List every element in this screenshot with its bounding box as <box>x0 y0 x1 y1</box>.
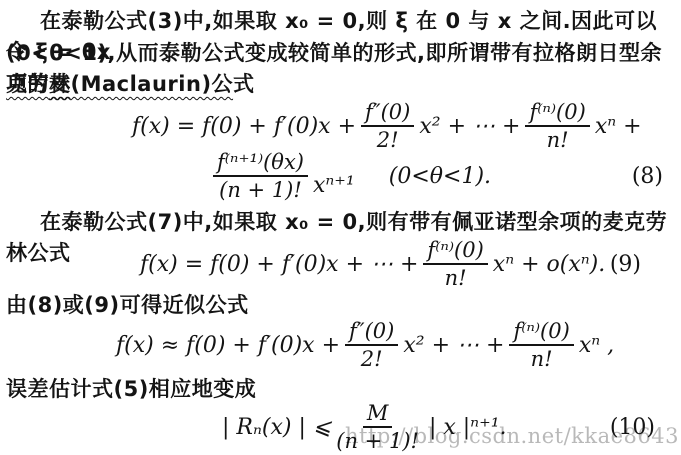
textbook-page: 在泰勒公式(3)中,如果取 x₀ = 0,则 ξ 在 0 与 x 之间.因此可以… <box>0 0 681 455</box>
fraction: f⁽ⁿ⁾(0) n! <box>509 319 573 371</box>
paragraph-1-line-3: 克劳林(Maclaurin)公式 <box>6 69 675 100</box>
fraction: f″(0) 2! <box>345 319 398 371</box>
formula-8-line-2: f⁽ⁿ⁺¹⁾(θx) (n + 1)! xⁿ⁺¹ (0<θ<1). (8) <box>0 150 681 202</box>
fraction: f″(0) 2! <box>361 100 414 152</box>
paragraph-1-line-3-text: 式 <box>233 72 255 96</box>
fraction-numerator: f″(0) <box>345 319 398 346</box>
formula-approx-term-right: xⁿ , <box>579 333 614 358</box>
formula-8-line-1: f(x) = f(0) + f′(0)x + f″(0) 2! x² + ⋯ +… <box>0 100 681 152</box>
formula-10: | Rₙ(x) | ⩽ M (n + 1)! | x |ⁿ⁺¹. (10) <box>0 401 681 453</box>
fraction-numerator: f⁽ⁿ⁾(0) <box>509 319 573 346</box>
formula-8-power-term: xⁿ⁺¹ <box>313 173 355 198</box>
fraction-denominator: n! <box>547 127 569 152</box>
formula-9-term-right: xⁿ + o(xⁿ). <box>493 252 605 277</box>
fraction-denominator: (n + 1)! <box>336 428 419 453</box>
formula-8-condition: (0<θ<1). <box>389 164 491 189</box>
formula-8-term-left: f(x) = f(0) + f′(0)x + <box>132 114 356 139</box>
paragraph-1-line-3-underlined: 克劳林(Maclaurin)公 <box>6 72 233 96</box>
fraction: M (n + 1)! <box>336 401 419 453</box>
equation-number-8: (8) <box>632 164 663 189</box>
formula-9-term-left: f(x) = f(0) + f′(0)x + ⋯ + <box>140 252 418 277</box>
fraction: f⁽ⁿ⁺¹⁾(θx) (n + 1)! <box>213 150 308 202</box>
fraction-denominator: (n + 1)! <box>219 177 302 202</box>
fraction: f⁽ⁿ⁾(0) n! <box>423 238 487 290</box>
paragraph-3: 由(8)或(9)可得近似公式 <box>6 290 675 321</box>
fraction: f⁽ⁿ⁾(0) n! <box>525 100 589 152</box>
formula-9: f(x) = f(0) + f′(0)x + ⋯ + f⁽ⁿ⁾(0) n! xⁿ… <box>0 238 681 290</box>
formula-approx-term-mid: x² + ⋯ + <box>403 333 504 358</box>
formula-8-term-right: xⁿ + <box>595 114 642 139</box>
formula-10-term-left: | Rₙ(x) | ⩽ <box>222 415 331 440</box>
fraction-denominator: n! <box>531 346 553 371</box>
equation-number-9: (9) <box>610 252 641 277</box>
fraction-denominator: 2! <box>361 346 383 371</box>
fraction-denominator: 2! <box>377 127 399 152</box>
fraction-numerator: f⁽ⁿ⁺¹⁾(θx) <box>213 150 308 177</box>
formula-approximation: f(x) ≈ f(0) + f′(0)x + f″(0) 2! x² + ⋯ +… <box>0 319 681 371</box>
formula-approx-term-left: f(x) ≈ f(0) + f′(0)x + <box>116 333 340 358</box>
fraction-numerator: f⁽ⁿ⁾(0) <box>423 238 487 265</box>
fraction-numerator: f″(0) <box>361 100 414 127</box>
fraction-numerator: f⁽ⁿ⁾(0) <box>525 100 589 127</box>
fraction-numerator: M <box>363 401 393 428</box>
fraction-denominator: n! <box>445 265 467 290</box>
equation-number-10: (10) <box>610 415 655 440</box>
formula-10-term-right: | x |ⁿ⁺¹. <box>429 415 507 440</box>
formula-8-term-mid: x² + ⋯ + <box>419 114 520 139</box>
